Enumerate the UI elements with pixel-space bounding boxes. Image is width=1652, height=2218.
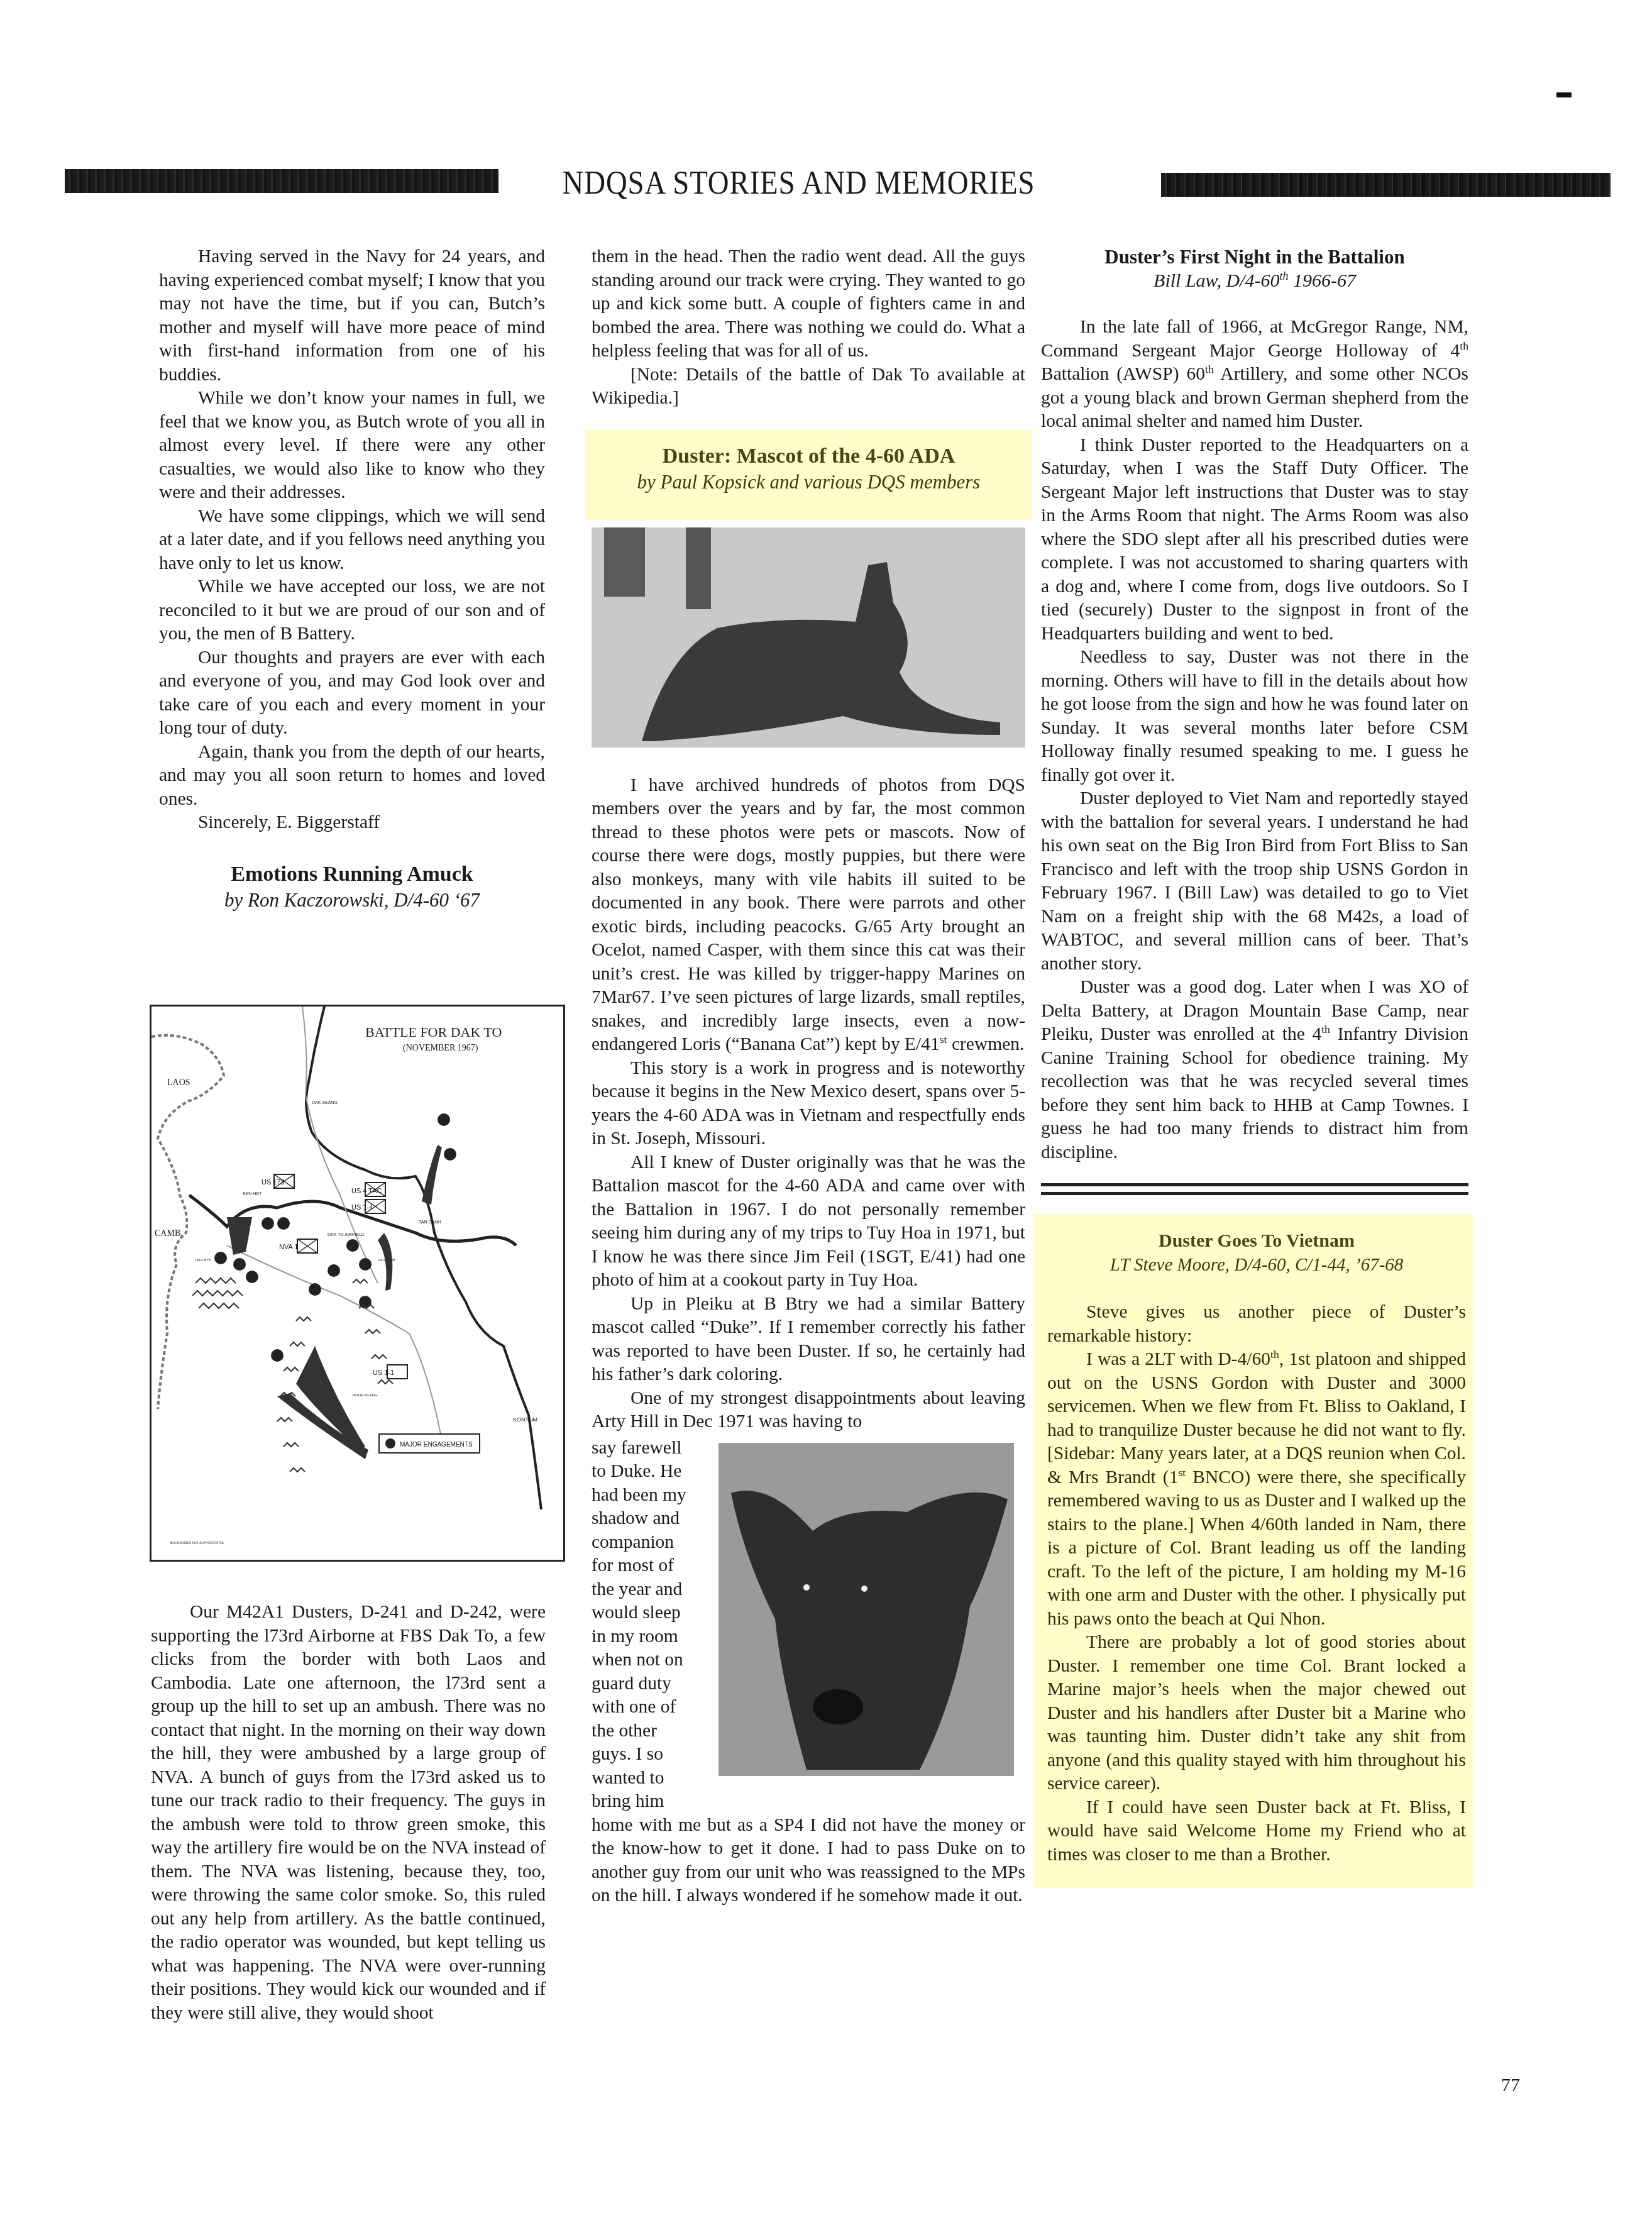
article-title: Duster Goes To Vietnam xyxy=(1047,1229,1466,1253)
svg-text:US 1-4: US 1-4 xyxy=(351,1204,373,1211)
map-graphic: BATTLE FOR DAK TO (NOVEMBER 1967) LAOS C… xyxy=(151,1007,563,1560)
article-paragraph: Duster was a good dog. Later when I was … xyxy=(1041,976,1468,1164)
article-paragraph: home with me but as a SP4 I did not have… xyxy=(592,1814,1025,1908)
engagement-star-icons xyxy=(214,1113,456,1362)
article-body: Steve gives us another piece of Duster’s… xyxy=(1047,1301,1466,1867)
article-paragraph: In the late fall of 1966, at McGregor Ra… xyxy=(1041,316,1468,434)
article-first-night-body: In the late fall of 1966, at McGregor Ra… xyxy=(1041,316,1468,1164)
duke-photo xyxy=(719,1443,1014,1776)
duster-photo xyxy=(592,527,1025,748)
svg-text:DAK SEANG: DAK SEANG xyxy=(312,1101,338,1105)
letter-signature: Sincerely, E. Biggerstaff xyxy=(159,811,545,835)
letter-text: Having served in the Navy for 24 years, … xyxy=(159,245,545,835)
section-divider xyxy=(1041,1183,1468,1195)
article-byline: Bill Law, D/4-60th 1966-67 xyxy=(1041,269,1468,293)
letter-paragraph: While we have accepted our loss, we are … xyxy=(159,575,545,646)
svg-text:POLEI KLENG: POLEI KLENG xyxy=(353,1394,378,1398)
battle-for-dak-to-map: BATTLE FOR DAK TO (NOVEMBER 1967) LAOS C… xyxy=(150,1005,565,1562)
svg-text:NVA 1: NVA 1 xyxy=(279,1244,298,1251)
article-paragraph: Our M42A1 Dusters, D-241 and D-242, were… xyxy=(151,1601,546,2025)
svg-text:MAJOR ENGAGEMENTS: MAJOR ENGAGEMENTS xyxy=(400,1442,473,1448)
page-number: 77 xyxy=(1501,2075,1520,2096)
article-title: Duster’s First Night in the Battalion xyxy=(1041,245,1468,269)
svg-text:KONTUM: KONTUM xyxy=(513,1416,537,1423)
svg-text:HILL 1338: HILL 1338 xyxy=(378,1259,395,1262)
svg-text:US 1-1: US 1-1 xyxy=(373,1369,394,1377)
article-title: Duster: Mascot of the 4-60 ADA xyxy=(585,443,1032,470)
scan-corner-mark xyxy=(1556,92,1572,97)
article-header-mascot: Duster: Mascot of the 4-60 ADA by Paul K… xyxy=(585,429,1032,520)
article-paragraph: This story is a work in progress and is … xyxy=(592,1057,1025,1151)
article-paragraph: Steve gives us another piece of Duster’s… xyxy=(1047,1301,1466,1348)
article-mascot-body: I have archived hundreds of photos from … xyxy=(592,774,1025,1908)
article-paragraph: Needless to say, Duster was not there in… xyxy=(1041,646,1468,787)
svg-text:BATTLE FOR DAK TO: BATTLE FOR DAK TO xyxy=(365,1024,502,1040)
article-byline: by Ron Kaczorowski, D/4-60 ‘67 xyxy=(159,888,545,913)
article-paragraph: Up in Pleiku at B Btry we had a similar … xyxy=(592,1293,1025,1387)
section-title: NDQSA STORIES AND MEMORIES xyxy=(507,165,1090,202)
section-banner: NDQSA STORIES AND MEMORIES xyxy=(63,165,1572,196)
letter-paragraph: Again, thank you from the depth of our h… xyxy=(159,741,545,812)
letter-paragraph: We have some clippings, which we will se… xyxy=(159,505,545,576)
continuation-paragraph: them in the head. Then the radio went de… xyxy=(592,245,1025,363)
article-paragraph: I have archived hundreds of photos from … xyxy=(592,774,1025,1057)
article-paragraph: One of my strongest disappointments abou… xyxy=(592,1387,1025,1434)
svg-text:DAK TO AIRFIELD: DAK TO AIRFIELD xyxy=(328,1233,365,1237)
column-3: Duster’s First Night in the Battalion Bi… xyxy=(1041,245,1468,1888)
svg-text:TAN CANH: TAN CANH xyxy=(419,1220,441,1225)
svg-text:CAMB.: CAMB. xyxy=(155,1229,183,1239)
letter-paragraph: Our thoughts and prayers are ever with e… xyxy=(159,646,545,741)
article-header: Duster Goes To Vietnam LT Steve Moore, D… xyxy=(1047,1229,1466,1277)
wrapped-photo-block: say farewell to Duke. He had been my sha… xyxy=(592,1437,1025,1814)
svg-text:US 4 TAC: US 4 TAC xyxy=(351,1188,382,1195)
svg-text:BEN HET: BEN HET xyxy=(243,1192,262,1196)
article-duster-goes-to-vietnam: Duster Goes To Vietnam LT Steve Moore, D… xyxy=(1033,1214,1473,1888)
article-header-first-night: Duster’s First Night in the Battalion Bi… xyxy=(1041,245,1468,293)
svg-text:US 173: US 173 xyxy=(262,1179,285,1186)
article-byline: by Paul Kopsick and various DQS members xyxy=(585,470,1032,495)
svg-text:HILL 875: HILL 875 xyxy=(195,1259,211,1262)
letter-paragraph: Having served in the Navy for 24 years, … xyxy=(159,245,545,387)
column-1: Having served in the Navy for 24 years, … xyxy=(159,245,545,913)
article-emotions-body: Our M42A1 Dusters, D-241 and D-242, were… xyxy=(151,1601,546,2025)
wrap-text: say farewell to Duke. He had been my sha… xyxy=(592,1437,698,1814)
svg-text:LAOS: LAOS xyxy=(167,1078,190,1088)
article-byline: LT Steve Moore, D/4-60, C/1-44, ’67-68 xyxy=(1047,1253,1466,1277)
article-header-emotions: Emotions Running Amuck by Ron Kaczorowsk… xyxy=(159,861,545,913)
svg-text:(NOVEMBER 1967): (NOVEMBER 1967) xyxy=(403,1044,478,1053)
article-paragraph: I was a 2LT with D-4/60th, 1st platoon a… xyxy=(1047,1348,1466,1631)
article-paragraph: All I knew of Duster originally was that… xyxy=(592,1151,1025,1293)
article-paragraph: If I could have seen Duster back at Ft. … xyxy=(1047,1796,1466,1867)
article-paragraph: Duster deployed to Viet Nam and reported… xyxy=(1041,787,1468,976)
banner-bar-left xyxy=(65,169,498,193)
article-paragraph: I think Duster reported to the Headquart… xyxy=(1041,434,1468,646)
note-paragraph: [Note: Details of the battle of Dak To a… xyxy=(592,363,1025,411)
banner-bar-right xyxy=(1161,173,1611,197)
article-paragraph: There are probably a lot of good stories… xyxy=(1047,1631,1466,1796)
column-2: them in the head. Then the radio went de… xyxy=(592,245,1025,1908)
letter-paragraph: While we don’t know your names in full, … xyxy=(159,387,545,505)
article-title: Emotions Running Amuck xyxy=(159,861,545,888)
svg-text:BOUNDARIES NOT AUTHORITATIVE: BOUNDARIES NOT AUTHORITATIVE xyxy=(170,1542,224,1545)
